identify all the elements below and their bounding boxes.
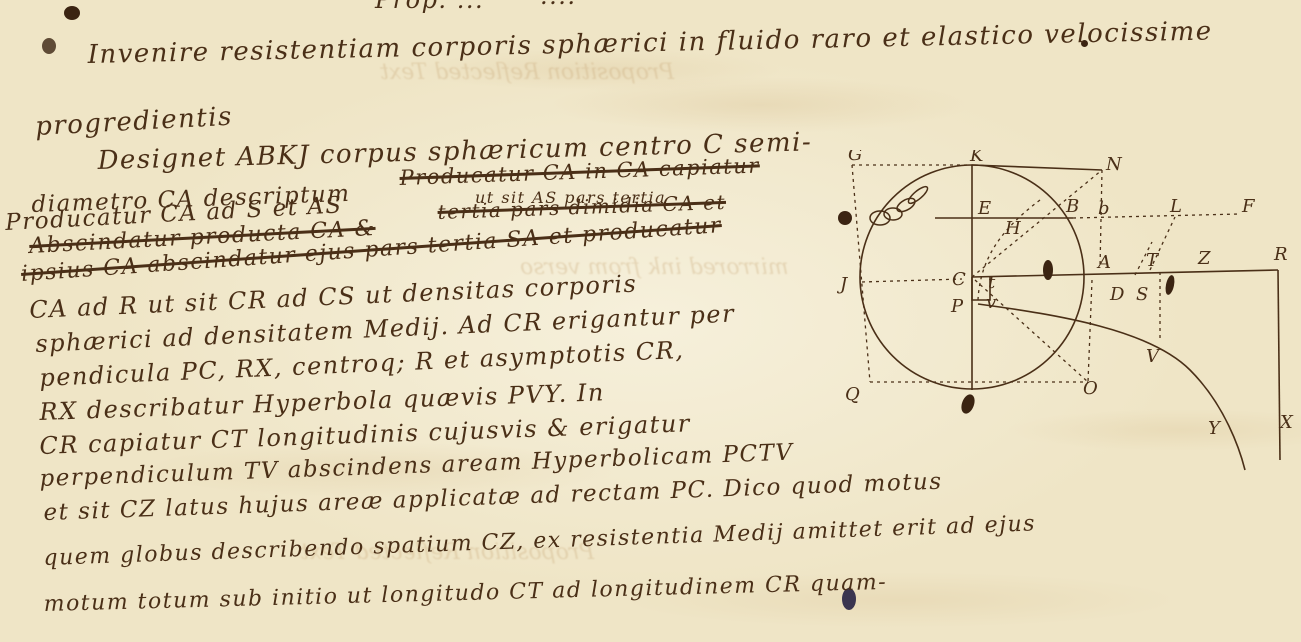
label-E: E [977, 198, 991, 219]
ink-blot [64, 6, 80, 20]
label-S: S [1136, 284, 1148, 305]
label-J: J [836, 274, 849, 295]
label-F: F [1241, 196, 1256, 217]
label-T: T [1146, 250, 1160, 271]
label-O: O [1083, 378, 1098, 399]
label-R: R [1273, 244, 1288, 265]
label-D: D [1109, 284, 1125, 305]
label-t: t [988, 272, 996, 293]
geometric-diagram: K N G E B b L F H A T Z R J C t P v D S … [835, 150, 1301, 642]
manuscript-heading-number: .... [540, 0, 577, 10]
label-B: B [1065, 196, 1079, 217]
label-Q: Q [845, 384, 860, 405]
label-L: L [1169, 196, 1182, 217]
label-P: P [950, 296, 964, 317]
manuscript-heading: Prop. ... [375, 0, 484, 14]
label-v: v [986, 292, 996, 313]
label-Z: Z [1197, 248, 1211, 269]
ink-blot [42, 38, 56, 54]
label-b: b [1098, 198, 1110, 219]
label-C: C [952, 269, 966, 290]
label-V: V [1146, 346, 1161, 367]
label-H: H [1004, 218, 1021, 239]
bleed-through-text: Proposition Reflected Text [380, 60, 674, 85]
label-Y: Y [1208, 418, 1222, 439]
label-A: A [1096, 252, 1111, 273]
label-X: X [1278, 412, 1294, 433]
label-K: K [969, 150, 985, 166]
label-G: G [848, 150, 862, 165]
label-N: N [1105, 154, 1123, 175]
